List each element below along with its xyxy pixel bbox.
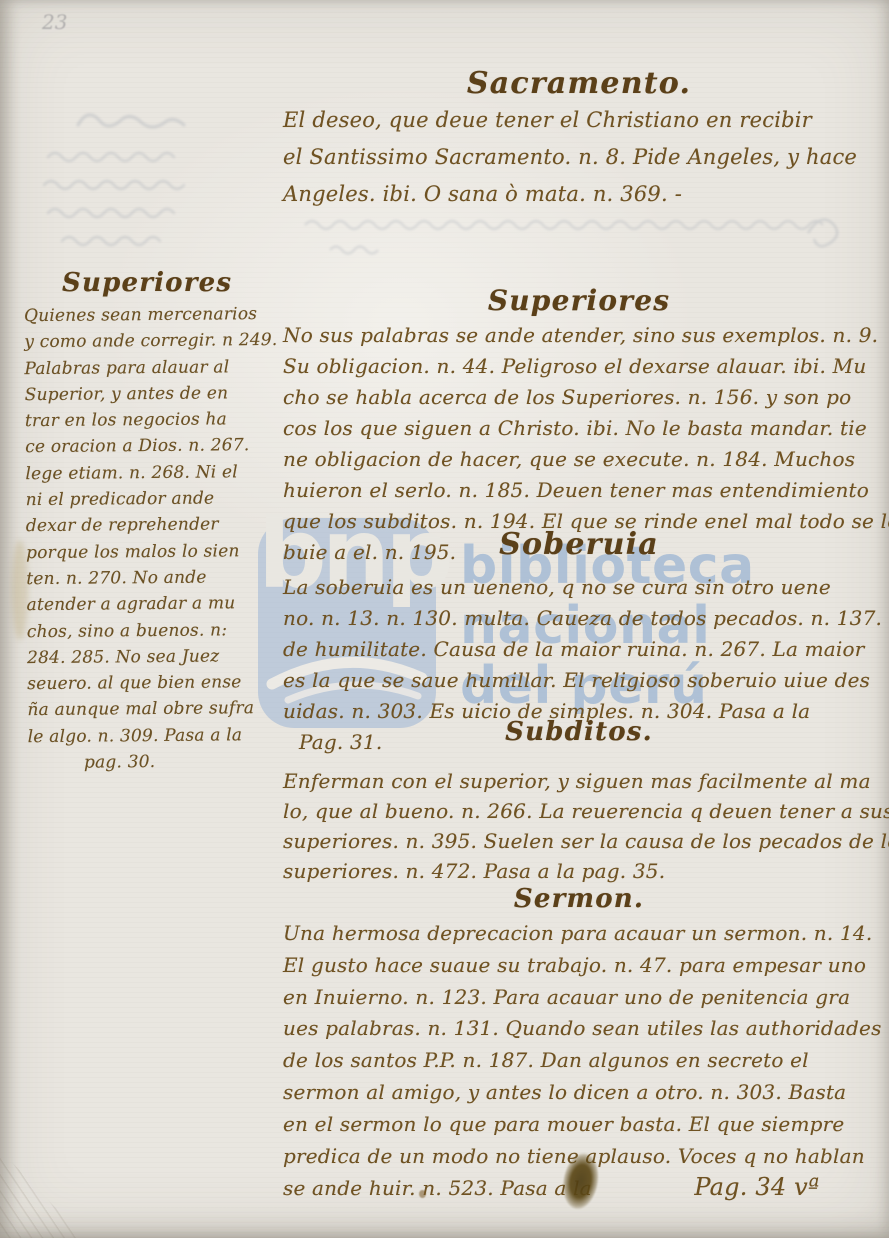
margin-line: dexar de reprehender bbox=[26, 511, 284, 540]
manuscript-line: Su obligacion. n. 44. Peligroso el dexar… bbox=[283, 351, 875, 382]
manuscript-line: La soberuia es un ueneno, q no se cura s… bbox=[283, 572, 875, 603]
manuscript-line: El gusto hace suaue su trabajo. n. 47. p… bbox=[283, 950, 875, 982]
section-soberuia: La soberuia es un ueneno, q no se cura s… bbox=[283, 572, 875, 758]
section-superiores: No sus palabras se ande atender, sino su… bbox=[283, 320, 875, 568]
manuscript-line: superiores. n. 395. Suelen ser la causa … bbox=[283, 826, 875, 856]
section-title-soberuia: Soberuia bbox=[283, 529, 875, 560]
margin-line: Palabras para alauar al bbox=[24, 353, 282, 382]
manuscript-line: El deseo, que deue tener el Christiano e… bbox=[283, 102, 875, 139]
margin-line: chos, sino a buenos. n: bbox=[27, 616, 285, 645]
manuscript-line: no. n. 13. n. 130. multa. Caueza de todo… bbox=[283, 603, 875, 634]
margin-line: ña aunque mal obre sufra bbox=[27, 695, 285, 724]
margin-line: ten. n. 270. No ande bbox=[26, 564, 284, 593]
manuscript-line: lo, que al bueno. n. 266. La reuerencia … bbox=[283, 796, 875, 826]
margin-line: Quienes sean mercenarios bbox=[24, 301, 282, 330]
page-reference: Pag. 34 vª bbox=[694, 1173, 819, 1201]
manuscript-line: de humilitate. Causa de la maior ruina. … bbox=[283, 634, 875, 665]
manuscript-line: es la que se saue humillar. El religioso… bbox=[283, 665, 875, 696]
manuscript-line: ne obligacion de hacer, que se execute. … bbox=[283, 444, 875, 475]
manuscript-line: cos los que siguen a Christo. ibi. No le… bbox=[283, 413, 875, 444]
margin-line: atender a agradar a mu bbox=[26, 590, 284, 619]
margin-line: seuero. al que bien ense bbox=[27, 669, 285, 698]
section-title-subditos: Subditos. bbox=[283, 717, 875, 748]
manuscript-line: ues palabras. n. 131. Quando sean utiles… bbox=[283, 1013, 875, 1045]
manuscript-line: huieron el serlo. n. 185. Deuen tener ma… bbox=[283, 475, 875, 506]
margin-notes-superiores: Quienes sean mercenarios y como ande cor… bbox=[24, 301, 286, 777]
margin-line: 284. 285. No sea Juez bbox=[27, 643, 285, 672]
manuscript-line: en Inuierno. n. 123. Para acauar uno de … bbox=[283, 982, 875, 1014]
margin-line: y como ande corregir. n 249. bbox=[24, 327, 282, 356]
margin-line: lege etiam. n. 268. Ni el bbox=[25, 459, 283, 488]
margin-line: Superior, y antes de en bbox=[25, 380, 283, 409]
margin-line: le algo. n. 309. Pasa a la bbox=[28, 722, 286, 751]
manuscript-line: sermon al amigo, y antes lo dicen a otro… bbox=[283, 1077, 875, 1109]
manuscript-line: el Santissimo Sacramento. n. 8. Pide Ang… bbox=[283, 139, 875, 176]
manuscript-line: Enferman con el superior, y siguen mas f… bbox=[283, 766, 875, 796]
section-title-superiores: Superiores bbox=[283, 284, 875, 317]
manuscript-page-scan: 23 bnp biblioteca nacional del pe bbox=[0, 0, 889, 1238]
manuscript-line-with-heading: Pag. 31. Subditos. bbox=[283, 727, 875, 758]
section-title-sacramento: Sacramento. bbox=[283, 66, 875, 101]
manuscript-line: Una hermosa deprecacion para acauar un s… bbox=[283, 918, 875, 950]
manuscript-line: cho se habla acerca de los Superiores. n… bbox=[283, 382, 875, 413]
ink-spot bbox=[419, 1190, 426, 1198]
manuscript-line-with-heading: buie a el. n. 195. Soberuia bbox=[283, 537, 875, 568]
manuscript-line: de los santos P.P. n. 187. Dan algunos e… bbox=[283, 1045, 875, 1077]
sacramento-paragraph: El deseo, que deue tener el Christiano e… bbox=[283, 102, 875, 213]
manuscript-line: No sus palabras se ande atender, sino su… bbox=[283, 320, 875, 351]
margin-line: ni el predicador ande bbox=[26, 485, 284, 514]
margin-line: ce oracion a Dios. n. 267. bbox=[25, 432, 283, 461]
manuscript-line: en el sermon lo que para mouer basta. El… bbox=[283, 1109, 875, 1141]
margin-line: pag. 30. bbox=[28, 748, 286, 777]
section-title-sermon: Sermon. bbox=[283, 884, 875, 914]
section-subditos: Enferman con el superior, y siguen mas f… bbox=[283, 766, 875, 886]
manuscript-line: superiores. n. 472. Pasa a la pag. 35. bbox=[283, 856, 875, 886]
margin-line: trar en los negocios ha bbox=[25, 406, 283, 435]
handwritten-ink-layer: Sacramento. El deseo, que deue tener el … bbox=[0, 0, 889, 1238]
manuscript-line: se ande huir. n. 523. Pasa a la bbox=[283, 1176, 592, 1200]
margin-line: porque los malos lo sien bbox=[26, 538, 284, 567]
manuscript-line: Angeles. ibi. O sana ò mata. n. 369. - bbox=[283, 176, 875, 213]
margin-title-superiores: Superiores bbox=[62, 268, 232, 298]
